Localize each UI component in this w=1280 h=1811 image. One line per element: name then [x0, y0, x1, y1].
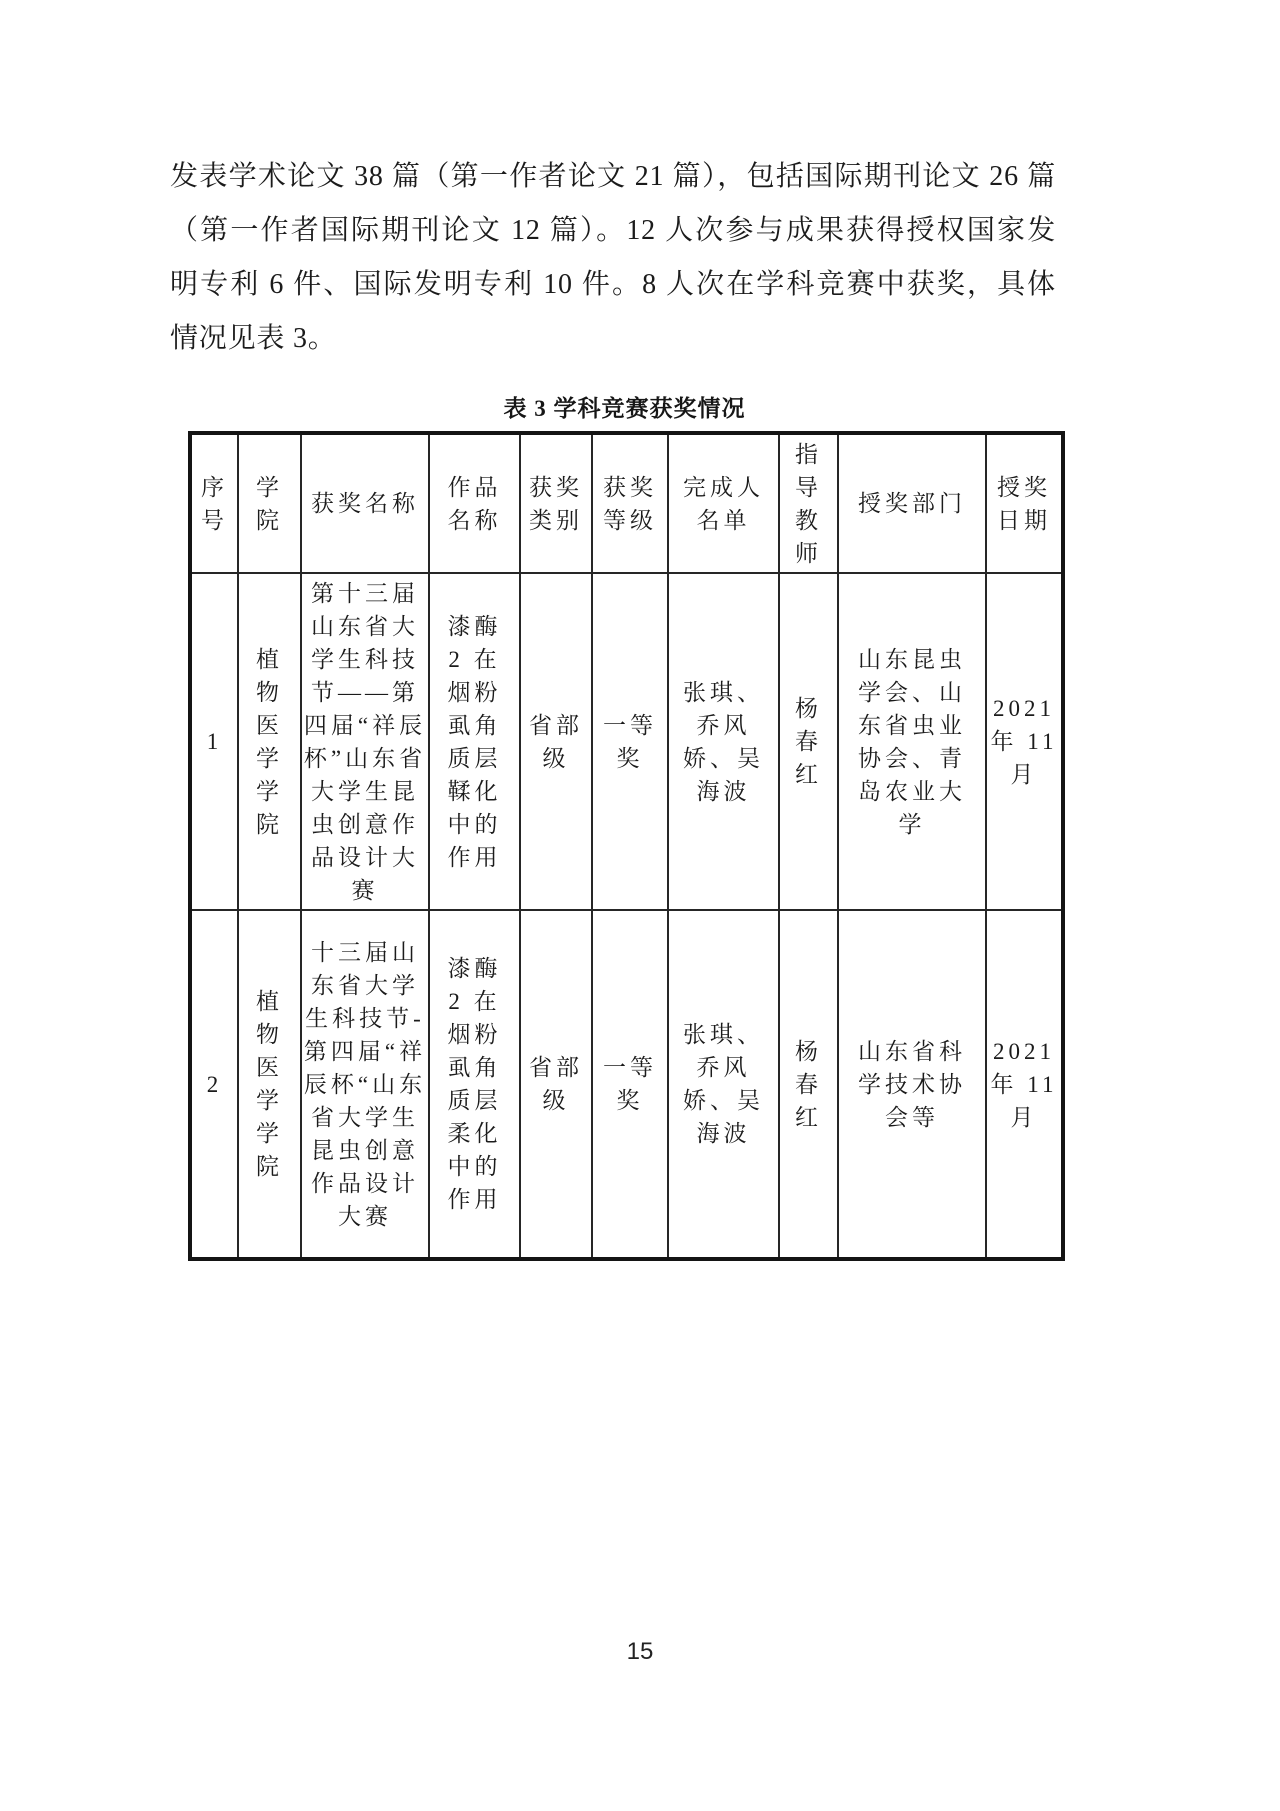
- table-cell-college: 植物医学学院: [238, 573, 301, 910]
- table-cell-award-name: 第十三届山东省大学生科技节——第四届“祥辰杯”山东省大学生昆虫创意作品设计大赛: [301, 573, 429, 910]
- paragraph-line: 明专利 6 件、国际发明专利 10 件。8 人次在学科竞赛中获奖，具体: [170, 258, 1056, 312]
- paragraph-line: （第一作者国际期刊论文 12 篇）。12 人次参与成果获得授权国家发: [170, 204, 1056, 258]
- table-section: 表 3 学科竞赛获奖情况 序号 学院 获奖名称 作品名称 获奖类别 获奖等级 完…: [188, 394, 1061, 1261]
- table-cell-award-level: 一等奖: [592, 910, 668, 1259]
- table-row: 2 植物医学学院 十三届山东省大学生科技节-第四届“祥辰杯“山东省大学生昆虫创意…: [190, 910, 1063, 1259]
- table-cell-no: 1: [190, 573, 238, 910]
- table-caption: 表 3 学科竞赛获奖情况: [188, 394, 1061, 424]
- table-cell-award-category: 省部级: [520, 573, 592, 910]
- table-cell-work-name: 漆酶 2 在烟粉虱角质层鞣化中的作用: [429, 573, 520, 910]
- document-page: 发表学术论文 38 篇（第一作者论文 21 篇），包括国际期刊论文 26 篇 （…: [0, 0, 1280, 1811]
- table-cell-award-date: 2021 年 11 月: [986, 573, 1063, 910]
- table-cell-work-name: 漆酶 2 在烟粉虱角质层柔化中的作用: [429, 910, 520, 1259]
- table-cell-advisor: 杨春红: [779, 573, 838, 910]
- table-cell-college: 植物医学学院: [238, 910, 301, 1259]
- table-cell-award-name: 十三届山东省大学生科技节-第四届“祥辰杯“山东省大学生昆虫创意作品设计大赛: [301, 910, 429, 1259]
- table-cell-awarding-department: 山东省科学技术协会等: [838, 910, 986, 1259]
- table-header-cell: 序号: [190, 433, 238, 573]
- table-cell-award-category: 省部级: [520, 910, 592, 1259]
- table-cell-completers: 张琪、乔风娇、吴海波: [668, 910, 779, 1259]
- table-cell-award-date: 2021 年 11 月: [986, 910, 1063, 1259]
- table-header-cell: 完成人名单: [668, 433, 779, 573]
- table-header-cell: 授奖日期: [986, 433, 1063, 573]
- table-cell-completers: 张琪、乔风娇、吴海波: [668, 573, 779, 910]
- table-header-row: 序号 学院 获奖名称 作品名称 获奖类别 获奖等级 完成人名单 指导教师 授奖部…: [190, 433, 1063, 573]
- body-paragraph: 发表学术论文 38 篇（第一作者论文 21 篇），包括国际期刊论文 26 篇 （…: [170, 150, 1056, 366]
- table-header-cell: 获奖名称: [301, 433, 429, 573]
- table-header-cell: 学院: [238, 433, 301, 573]
- table-header-cell: 获奖等级: [592, 433, 668, 573]
- table-header-cell: 授奖部门: [838, 433, 986, 573]
- table-cell-award-level: 一等奖: [592, 573, 668, 910]
- page-number: 15: [0, 1638, 1280, 1666]
- table-header-cell: 指导教师: [779, 433, 838, 573]
- award-table: 序号 学院 获奖名称 作品名称 获奖类别 获奖等级 完成人名单 指导教师 授奖部…: [188, 431, 1065, 1261]
- table-header-cell: 作品名称: [429, 433, 520, 573]
- table-cell-no: 2: [190, 910, 238, 1259]
- table-row: 1 植物医学学院 第十三届山东省大学生科技节——第四届“祥辰杯”山东省大学生昆虫…: [190, 573, 1063, 910]
- table-cell-advisor: 杨春红: [779, 910, 838, 1259]
- table-cell-awarding-department: 山东昆虫学会、山东省虫业协会、青岛农业大学: [838, 573, 986, 910]
- paragraph-line: 发表学术论文 38 篇（第一作者论文 21 篇），包括国际期刊论文 26 篇: [170, 150, 1056, 204]
- paragraph-line: 情况见表 3。: [170, 312, 1056, 366]
- table-header-cell: 获奖类别: [520, 433, 592, 573]
